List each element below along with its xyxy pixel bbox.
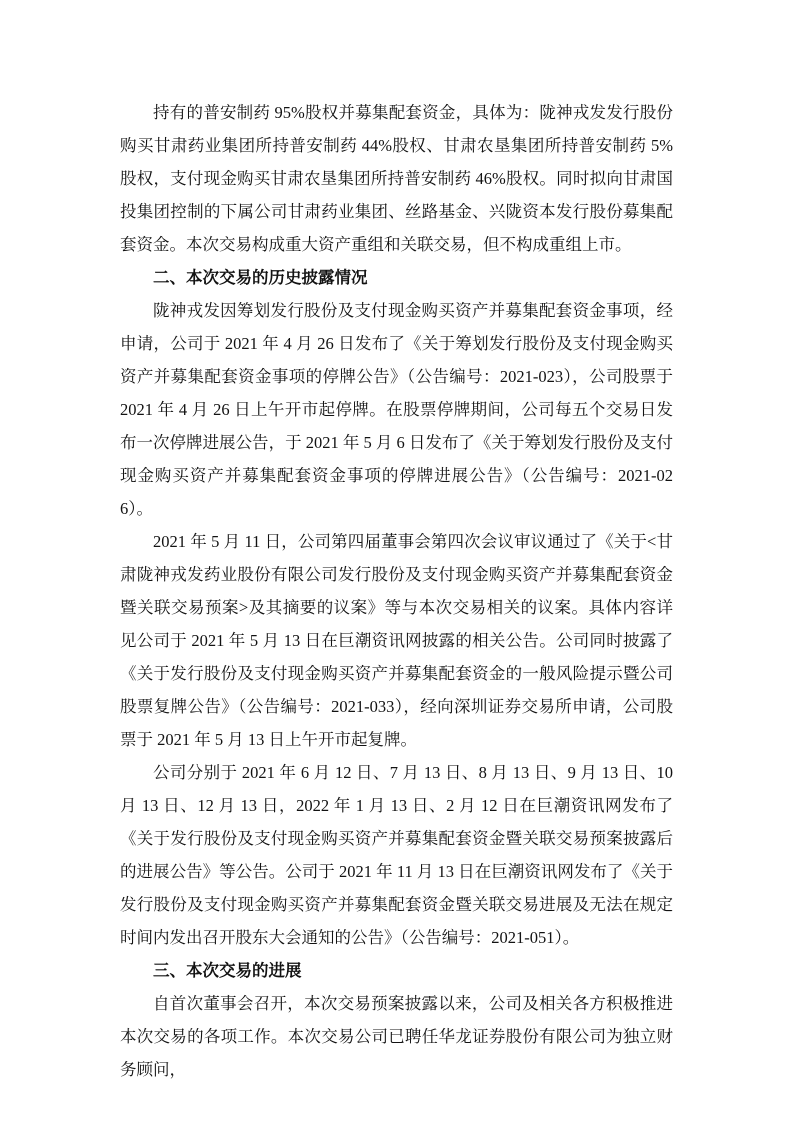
history-paragraph-2: 2021 年 5 月 11 日，公司第四届董事会第四次会议审议通过了《关于<甘肃… — [120, 525, 673, 756]
section-heading-history-disclosure: 二、本次交易的历史披露情况 — [120, 261, 673, 294]
document-page: 持有的普安制药 95%股权并募集配套资金，具体为：陇神戎发发行股份购买甘肃药业集… — [0, 0, 793, 1122]
history-paragraph-3: 公司分别于 2021 年 6 月 12 日、7 月 13 日、8 月 13 日、… — [120, 756, 673, 954]
history-paragraph-1: 陇神戎发因筹划发行股份及支付现金购买资产并募集配套资金事项，经申请，公司于 20… — [120, 294, 673, 525]
progress-paragraph-1: 自首次董事会召开，本次交易预案披露以来，公司及相关各方积极推进本次交易的各项工作… — [120, 987, 673, 1086]
intro-paragraph: 持有的普安制药 95%股权并募集配套资金，具体为：陇神戎发发行股份购买甘肃药业集… — [120, 96, 673, 261]
section-heading-transaction-progress: 三、本次交易的进展 — [120, 954, 673, 987]
